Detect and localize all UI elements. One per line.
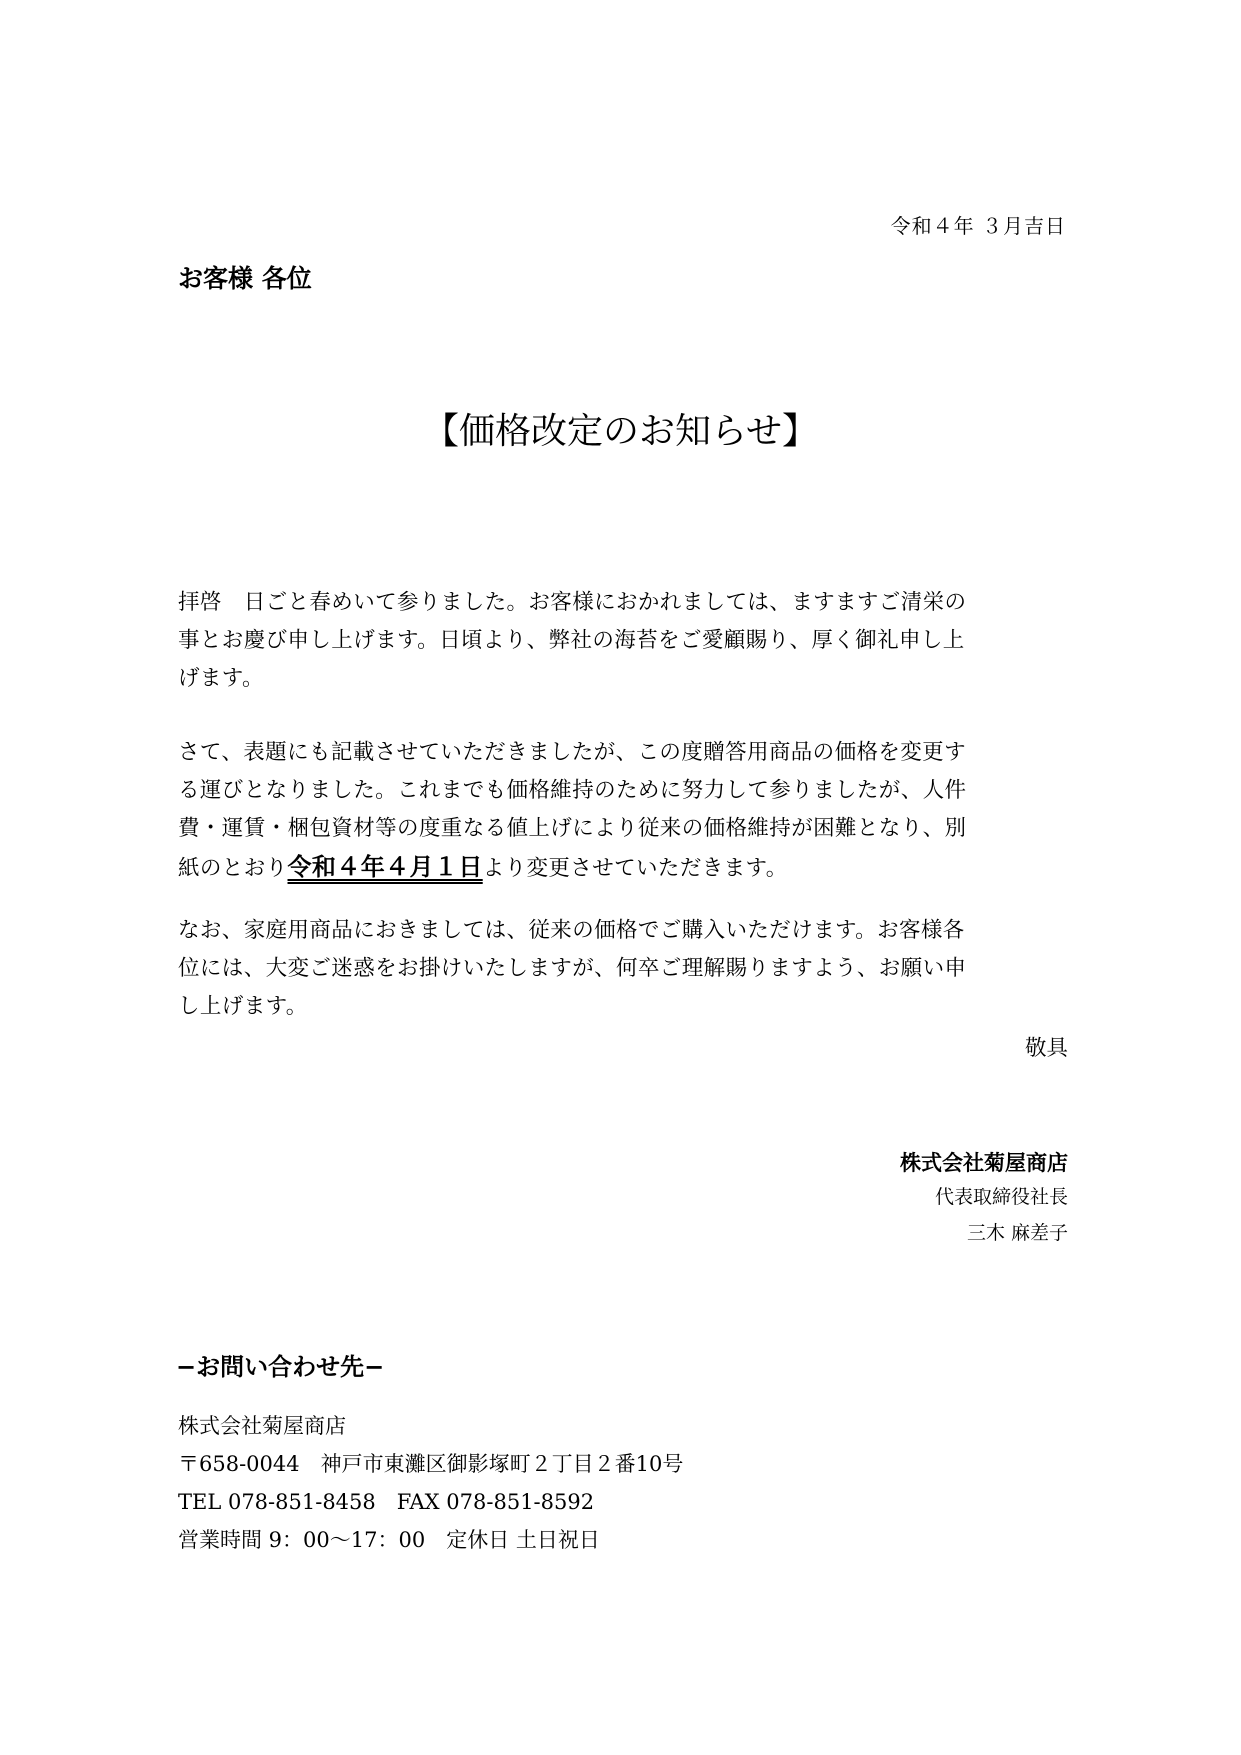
- contact-info: 株式会社菊屋商店 〒658-0044 神戸市東灘区御影塚町２丁目２番10号 TE…: [178, 1407, 683, 1559]
- contact-phone-fax: TEL 078-851-8458 FAX 078-851-8592: [178, 1483, 683, 1521]
- paragraph-line: げます。: [178, 660, 1068, 698]
- paragraph-price-change: さて、表題にも記載させていただきましたが、この度贈答用商品の価格を変更す る運び…: [178, 734, 1068, 888]
- paragraph-line: る運びとなりました。これまでも価格維持のために努力して参りましたが、人件: [178, 772, 1068, 810]
- line-prefix: 紙のとおり: [178, 856, 288, 881]
- document-title: 【価格改定のお知らせ】: [0, 408, 1241, 456]
- contact-hours: 営業時間 9：00〜17：00 定休日 土日祝日: [178, 1521, 683, 1559]
- contact-heading: −お問い合わせ先−: [176, 1350, 384, 1384]
- recipient-salutation: お客様 各位: [178, 262, 312, 296]
- paragraph-home-products: なお、家庭用商品におきましては、従来の価格でご購入いただけます。お客様各 位には…: [178, 912, 1068, 1026]
- document-date: 令和４年 ３月吉日: [891, 212, 1066, 240]
- paragraph-greeting: 拝啓 日ごと春めいて参りました。お客様におかれましては、ますますご清栄の 事とお…: [178, 584, 1068, 698]
- signature-name: 三木 麻差子: [967, 1219, 1068, 1247]
- paragraph-line: 位には、大変ご迷惑をお掛けいたしますが、何卒ご理解賜りますよう、お願い申: [178, 950, 1068, 988]
- paragraph-line: 拝啓 日ごと春めいて参りました。お客様におかれましては、ますますご清栄の: [178, 584, 1068, 622]
- line-suffix: より変更させていただきます。: [483, 856, 788, 881]
- contact-company: 株式会社菊屋商店: [178, 1407, 683, 1445]
- signature-title: 代表取締役社長: [935, 1183, 1068, 1211]
- paragraph-line: 紙のとおり令和４年４月１日より変更させていただきます。: [178, 848, 1068, 888]
- effective-date-highlight: 令和４年４月１日: [288, 853, 483, 881]
- paragraph-line: 事とお慶び申し上げます。日頃より、弊社の海苔をご愛顧賜り、厚く御礼申し上: [178, 622, 1068, 660]
- signature-company: 株式会社菊屋商店: [900, 1148, 1068, 1178]
- contact-address: 〒658-0044 神戸市東灘区御影塚町２丁目２番10号: [178, 1445, 683, 1483]
- paragraph-line: し上げます。: [178, 988, 1068, 1026]
- closing-keigu: 敬具: [1025, 1030, 1068, 1068]
- paragraph-line: 費・運賃・梱包資材等の度重なる値上げにより従来の価格維持が困難となり、別: [178, 810, 1068, 848]
- paragraph-line: さて、表題にも記載させていただきましたが、この度贈答用商品の価格を変更す: [178, 734, 1068, 772]
- document-page: 令和４年 ３月吉日 お客様 各位 【価格改定のお知らせ】 拝啓 日ごと春めいて参…: [0, 0, 1241, 1755]
- paragraph-line: なお、家庭用商品におきましては、従来の価格でご購入いただけます。お客様各: [178, 912, 1068, 950]
